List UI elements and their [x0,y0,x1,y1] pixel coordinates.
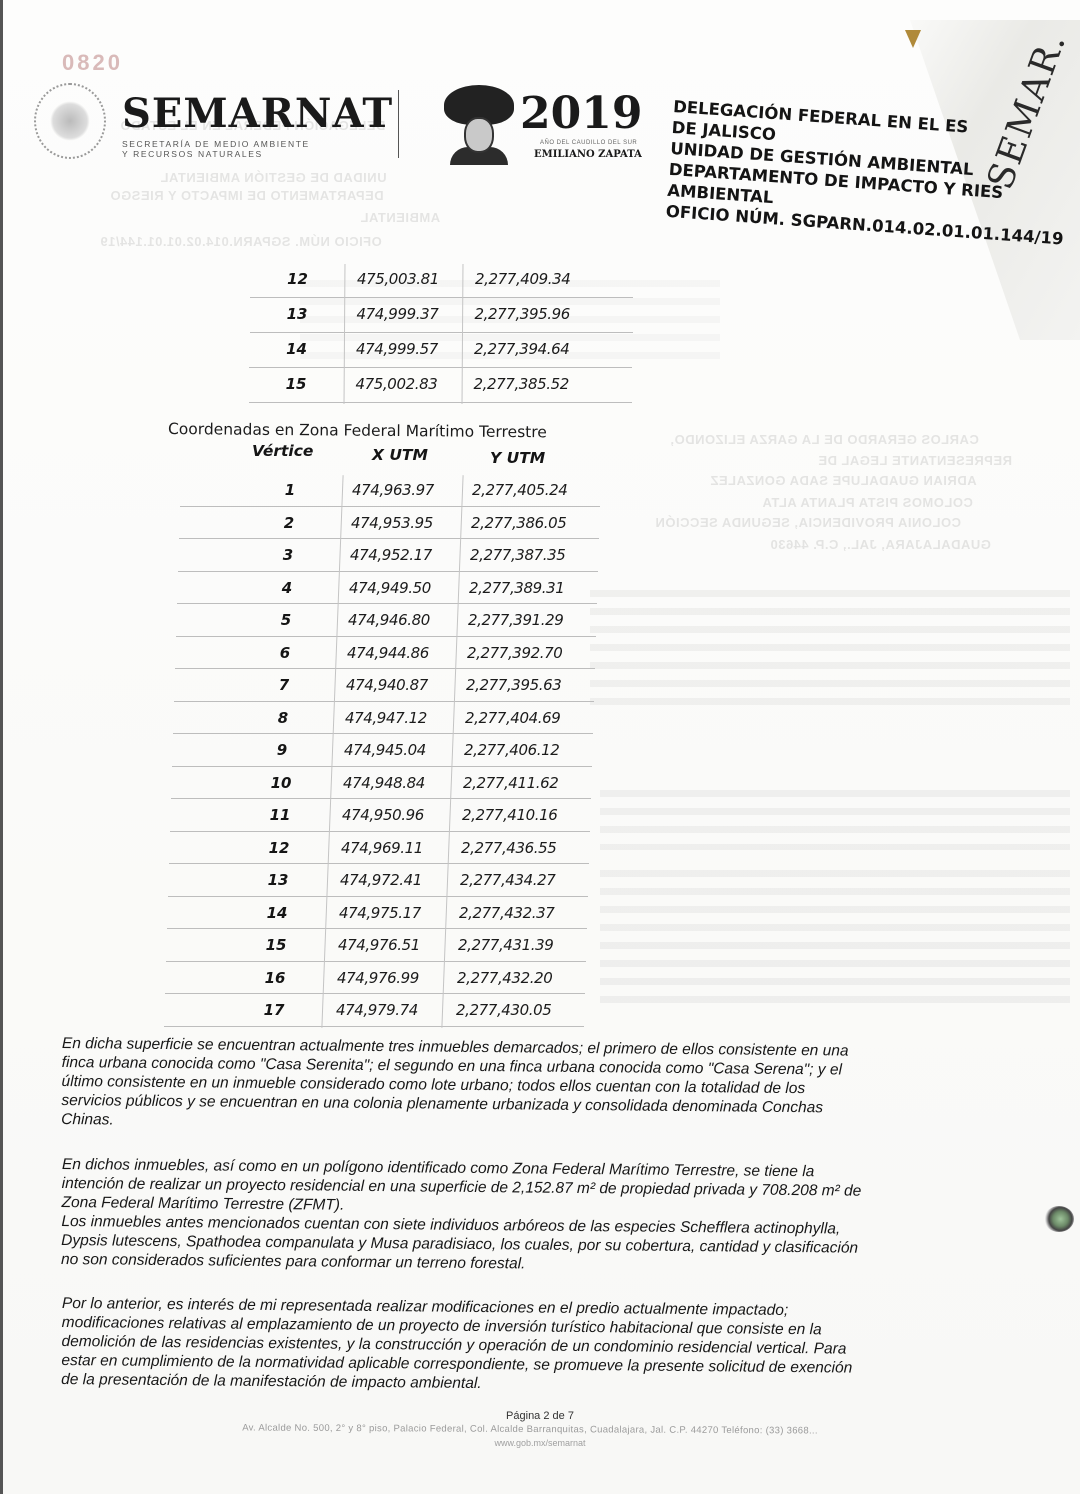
table-title: Coordenadas en Zona Federal Marítimo Ter… [168,420,547,441]
page-edge [0,0,3,1494]
cell-x: 474,969.11 [329,839,449,857]
table-row: 5474,946.802,277,391.29 [236,605,596,635]
cell-x: 474,963.97 [340,481,460,499]
row-divider [250,332,633,333]
row-divider [180,506,600,507]
row-divider [172,766,592,767]
cell-vertice: 15 [226,936,326,954]
agency-logo: SEMARNAT [122,90,393,137]
cell-x: 474,945.04 [332,741,452,759]
row-divider [164,1026,584,1027]
cell-vertice: 6 [235,644,335,662]
cell-vertice: 5 [236,611,336,629]
cell-y: 2,277,389.31 [457,579,597,597]
cell-y: 2,277,404.69 [453,709,593,727]
cell-vertice: 8 [233,709,333,727]
agency-subtitle: Secretaría de Medio Ambiente y Recursos … [122,139,310,159]
footer-address: Av. Alcalde No. 500, 2° y 8° piso, Palac… [100,1422,960,1438]
cell-vertice: 2 [239,514,339,532]
bleed-through-text: OFICIO NÚM. SGPARN.014.02.01.01.144/19 [100,234,382,249]
bleed-through-block [590,590,1070,710]
page-corner-tip [905,30,921,48]
cell-vertice: 16 [225,969,325,987]
document-page: DELEGACIÓN FEDERAL EN EL ESTADO UNIDAD D… [0,0,1080,1494]
cell-vertice: 4 [237,579,337,597]
paragraph-request: Por lo anterior, es interés de mi repres… [61,1294,1020,1398]
row-divider [176,636,596,637]
year-logo: 2019 [520,88,642,139]
table-row: 9474,945.042,277,406.12 [232,735,592,765]
cell-x: 474,950.96 [330,806,450,824]
cell-y: 2,277,406.12 [452,741,592,759]
cell-x: 474,940.87 [334,676,454,694]
cell-x: 474,948.84 [331,774,451,792]
cell-x: 474,972.41 [328,871,448,889]
bleed-through-text: ADRIAN GUADALUPE SADA GONZALEZ [710,473,977,488]
bleed-through-text: COLONIA PROVIDENCIA, SEGUNDA SECCIÓN [655,515,961,530]
table-row: 17474,979.742,277,430.05 [224,995,584,1025]
cell-x: 474,979.74 [324,1001,444,1019]
cell-x: 475,002.83 [344,375,462,393]
cell-x: 474,949.50 [337,579,457,597]
row-divider [177,603,597,604]
cell-x: 474,952.17 [338,546,458,564]
cell-y: 2,277,394.64 [462,340,632,358]
table-row: 7474,940.872,277,395.63 [234,670,594,700]
office-heading: DELEGACIÓN FEDERAL EN EL ES DE JALISCO U… [665,96,1053,248]
table-row: 15474,976.512,277,431.39 [226,930,586,960]
cell-y: 2,277,395.96 [463,305,633,323]
bleed-through-block [600,870,1070,1010]
table-row: 11474,950.962,277,410.16 [230,800,590,830]
cell-y: 2,277,432.37 [447,904,587,922]
cell-y: 2,277,385.52 [462,375,632,393]
cell-y: 2,277,434.27 [448,871,588,889]
cell-vertice: 17 [224,1001,324,1019]
paragraph-properties: En dicha superficie se encuentran actual… [61,1034,1020,1138]
cell-y: 2,277,436.55 [449,839,589,857]
cell-y: 2,277,409.34 [463,270,633,288]
row-divider [250,297,633,298]
table-row: 14474,975.172,277,432.37 [227,898,587,928]
bleed-through-block [600,790,1070,850]
cell-vertice: 12 [250,270,345,288]
cell-vertice: 10 [231,774,331,792]
column-header-y-utm: Y UTM [490,449,545,467]
year-honoree: EMILIANO ZAPATA [534,149,642,160]
table-row: 6474,944.862,277,392.70 [235,638,595,668]
cell-vertice: 11 [230,806,330,824]
cell-vertice: 1 [240,481,340,499]
cell-x: 474,975.17 [327,904,447,922]
cell-vertice: 13 [228,871,328,889]
table-row: 2474,953.952,277,386.05 [239,508,599,538]
table-row: 14474,999.572,277,394.64 [249,334,632,364]
cell-vertice: 7 [234,676,334,694]
coat-of-arms-icon [34,83,106,159]
row-divider [249,367,632,368]
cell-y: 2,277,410.16 [450,806,590,824]
cell-x: 474,946.80 [336,611,456,629]
cell-x: 474,947.12 [333,709,453,727]
cell-y: 2,277,391.29 [456,611,596,629]
row-divider [168,896,588,897]
cell-vertice: 9 [232,741,332,759]
footer-website: www.gob.mx/semarnat [0,1438,1080,1448]
cell-vertice: 13 [250,305,345,323]
cell-y: 2,277,392.70 [455,644,595,662]
cell-x: 474,953.95 [339,514,459,532]
row-divider [170,831,590,832]
row-divider [171,798,591,799]
row-divider [178,571,598,572]
table-row: 15475,002.832,277,385.52 [249,369,632,399]
row-divider [173,733,593,734]
table-row: 16474,976.992,277,432.20 [225,963,585,993]
bleed-through-text: COLOMOS PISTA PLANTA ALTA [762,495,973,510]
cell-y: 2,277,405.24 [460,481,600,499]
bleed-through-text: CARLOS GERARDO DE LA GARZA ELIZONDO, [670,432,979,447]
bleed-through-text: AMBIENTAL [360,210,440,225]
paragraph-project: En dichos inmuebles, así como en un polí… [61,1155,1020,1278]
table-row: 1474,963.972,277,405.24 [240,475,600,505]
row-divider [175,668,595,669]
cell-vertice: 15 [249,375,344,393]
table-row: 13474,999.372,277,395.96 [250,299,633,329]
table-row: 10474,948.842,277,411.62 [231,768,591,798]
cell-y: 2,277,411.62 [451,774,591,792]
cell-vertice: 14 [227,904,327,922]
row-divider [169,863,589,864]
cell-vertice: 14 [249,340,344,358]
binder-pin-icon [1044,1206,1074,1232]
table-row: 3474,952.172,277,387.35 [238,540,598,570]
header-divider [398,90,399,158]
row-divider [174,701,594,702]
page-number: Página 2 de 7 [0,1410,1080,1422]
cell-y: 2,277,432.20 [445,969,585,987]
row-divider [249,402,632,403]
bleed-through-text: UNIDAD DE GESTIÓN AMBIENTAL [160,170,387,185]
column-header-x-utm: X UTM [372,446,428,464]
cell-y: 2,277,387.35 [458,546,598,564]
table-row: 12475,003.812,277,409.34 [250,264,633,294]
table-row: 4474,949.502,277,389.31 [237,573,597,603]
bleed-through-text: GUADALAJARA, JAL., C.P. 44630 [770,537,991,552]
cell-x: 474,999.37 [345,305,463,323]
cell-y: 2,277,430.05 [444,1001,584,1019]
row-divider [165,993,585,994]
received-stamp: 0820 [62,50,162,80]
cell-x: 474,999.57 [344,340,462,358]
column-header-vertice: Vértice [252,442,313,460]
bleed-through-text: DEPARTAMENTO DE IMPACTO Y RIESGO [110,188,384,203]
year-motto: AÑO DEL CAUDILLO DEL SUR [540,140,637,146]
cell-x: 474,976.99 [325,969,445,987]
table-row: 8474,947.122,277,404.69 [233,703,593,733]
cell-y: 2,277,395.63 [454,676,594,694]
cell-vertice: 12 [229,839,329,857]
table-row: 13474,972.412,277,434.27 [228,865,588,895]
cell-x: 475,003.81 [345,270,463,288]
cell-x: 474,944.86 [335,644,455,662]
cell-vertice: 3 [238,546,338,564]
bleed-through-text: REPRESENTANTE LEGAL DE [818,453,1012,468]
cell-y: 2,277,431.39 [446,936,586,954]
cell-x: 474,976.51 [326,936,446,954]
table-row: 12474,969.112,277,436.55 [229,833,589,863]
row-divider [166,961,586,962]
row-divider [167,928,587,929]
cell-y: 2,277,386.05 [459,514,599,532]
row-divider [179,538,599,539]
zapata-portrait-icon [444,85,514,165]
